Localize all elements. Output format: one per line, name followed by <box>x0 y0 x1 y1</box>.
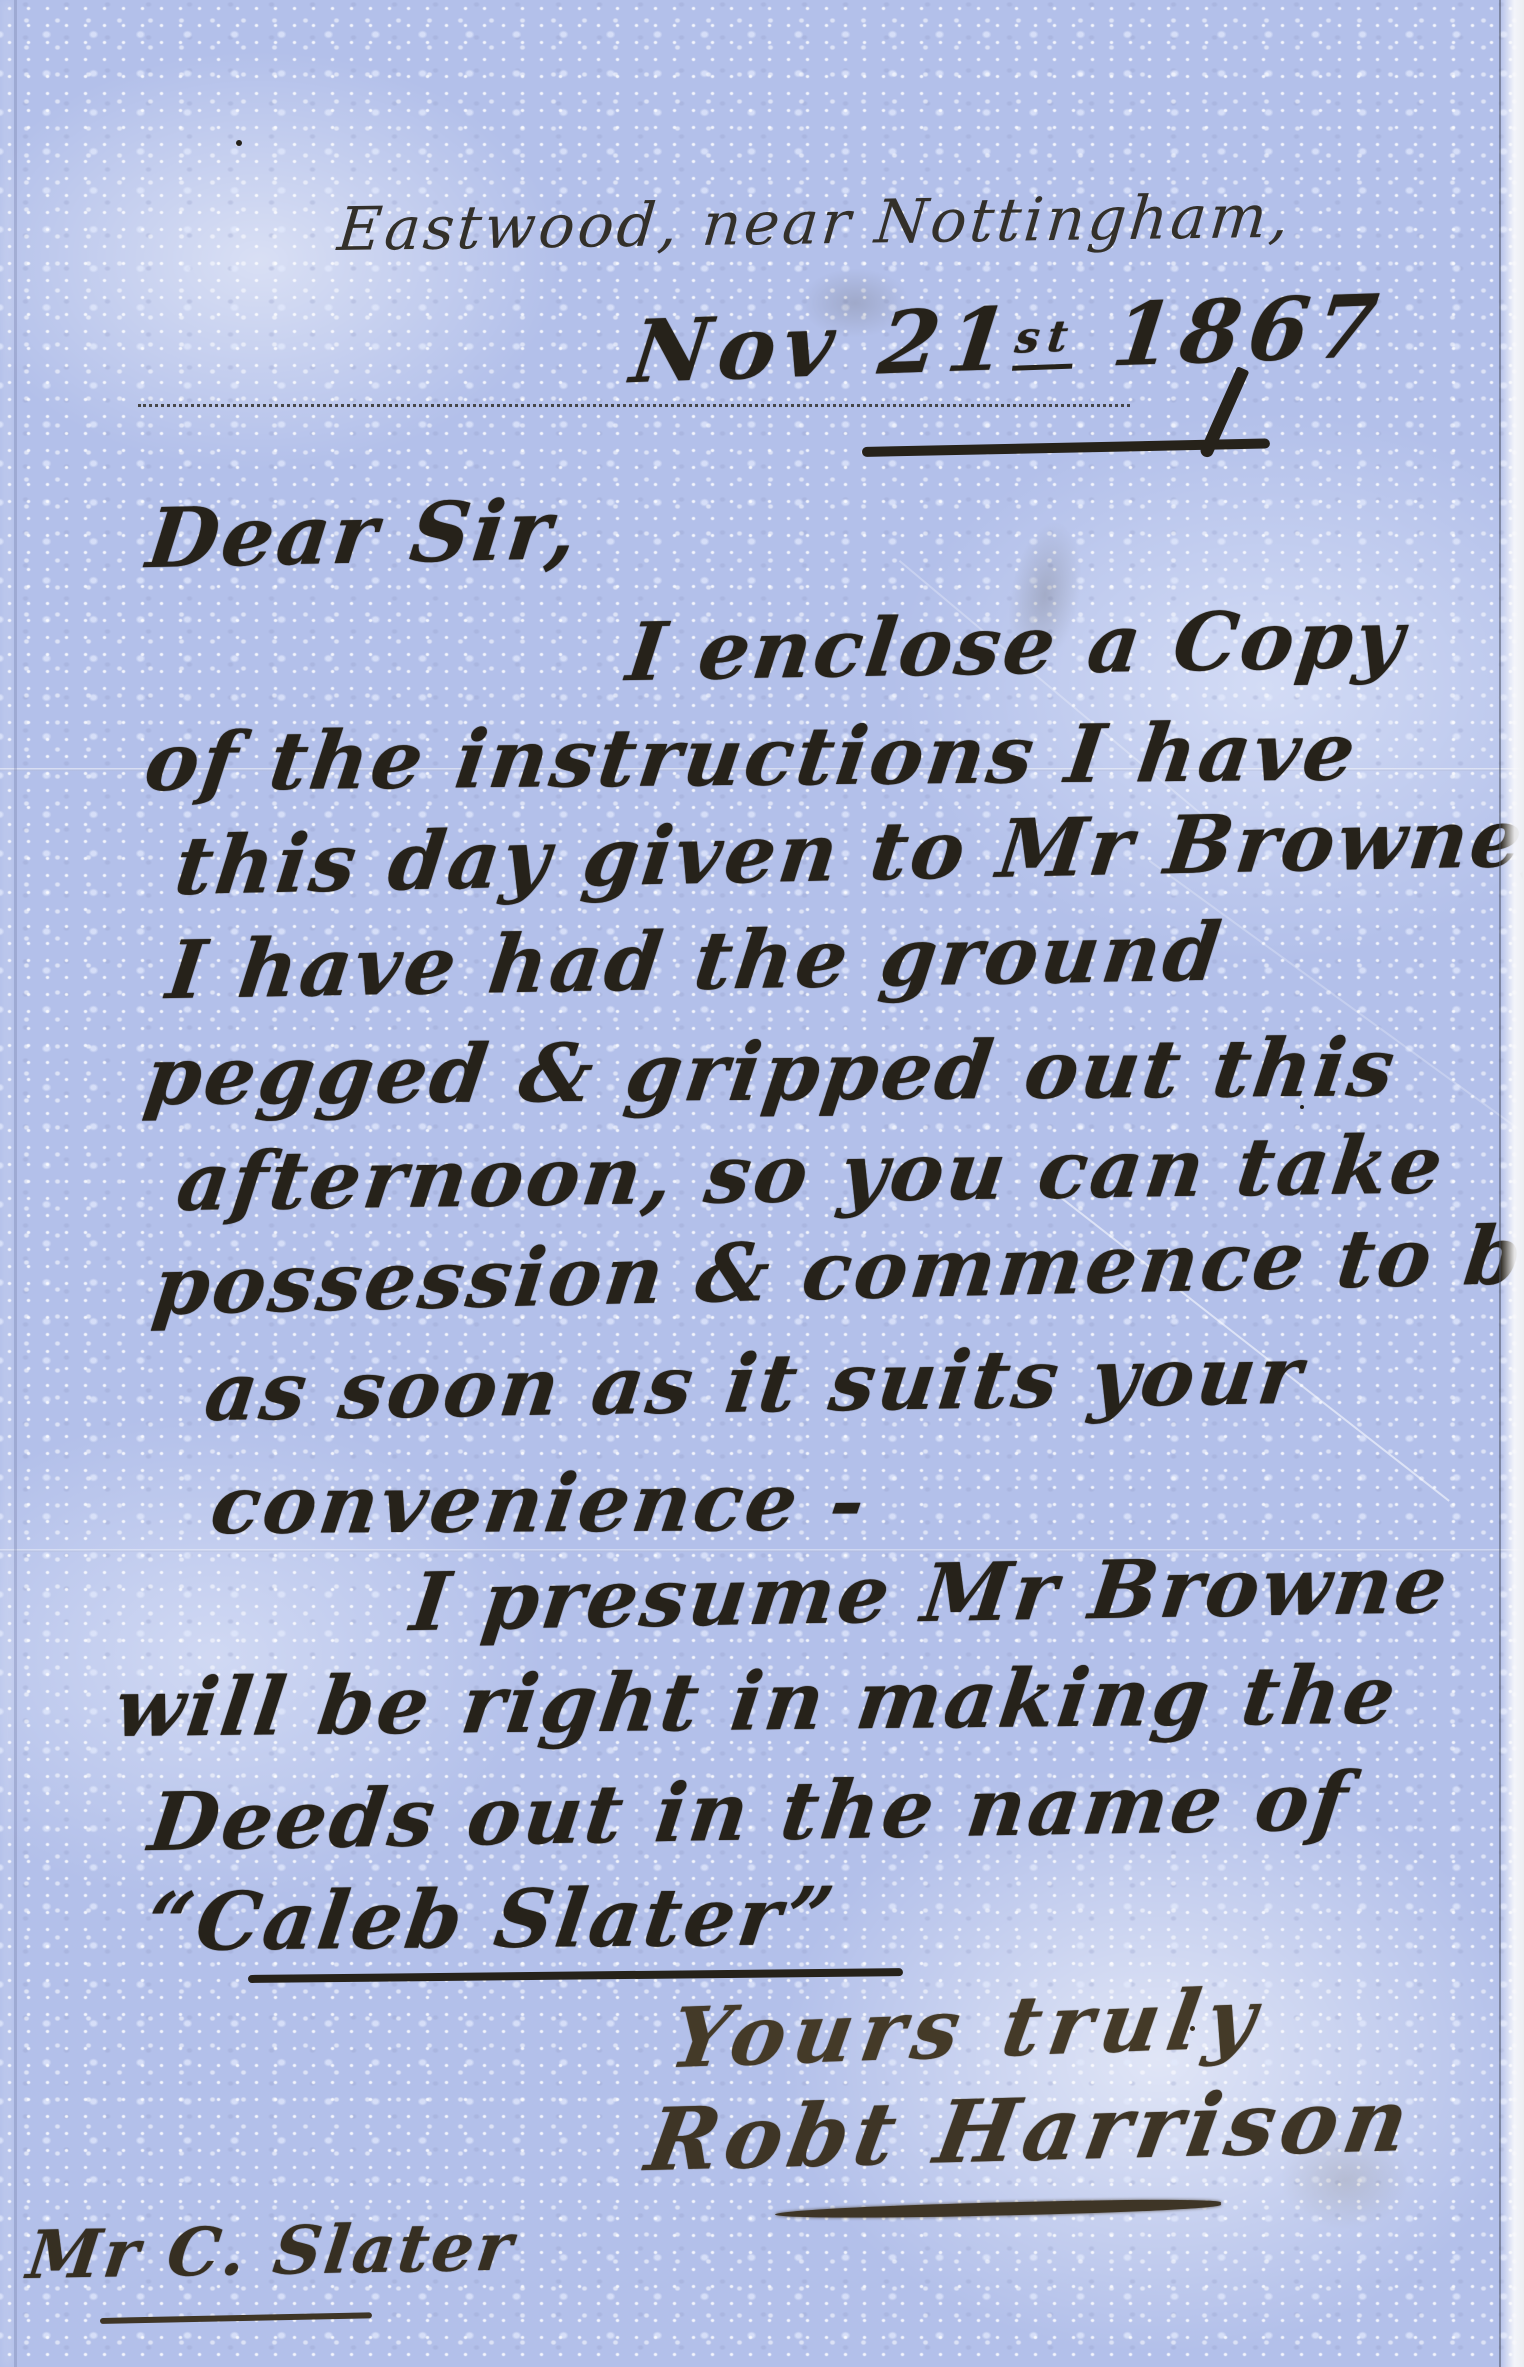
letter-line: as soon as it suits your <box>201 1335 1309 1432</box>
valediction: Yours truly <box>665 1977 1269 2080</box>
date-line: Nov 21st 1867 <box>627 284 1390 397</box>
letter-line: Deeds out in the name of <box>145 1761 1354 1862</box>
date-day: Nov 21 <box>626 288 1022 403</box>
salutation: Dear Sir, <box>143 489 584 580</box>
scan-right-edge <box>1500 0 1524 2367</box>
paper-edge-line <box>1499 0 1501 2367</box>
letter-line: of the instructions I have <box>141 711 1363 802</box>
letter-line: will be right in making the <box>111 1655 1403 1749</box>
letter-line: I have had the ground <box>163 911 1228 1010</box>
date-year: 1867 <box>1107 275 1391 386</box>
letter-line: I enclose a Copy <box>623 598 1410 692</box>
letterhead-text: Eastwood, near Nottingham, <box>335 187 1294 260</box>
date-ordinal: st <box>1012 311 1079 370</box>
letter-line: pegged & gripped out this <box>141 1027 1402 1116</box>
letter-line: I presume Mr Browne <box>407 1544 1454 1642</box>
letter-line: “Caleb Slater” <box>143 1876 841 1962</box>
ink-speck <box>236 140 242 146</box>
signature: Robt Harrison <box>641 2078 1420 2184</box>
letter-line: convenience - <box>207 1462 873 1545</box>
left-fold-edge <box>14 0 17 2367</box>
letter-line: afternoon, so you can take <box>173 1124 1450 1222</box>
addressee: Mr C. Slater <box>24 2213 519 2288</box>
